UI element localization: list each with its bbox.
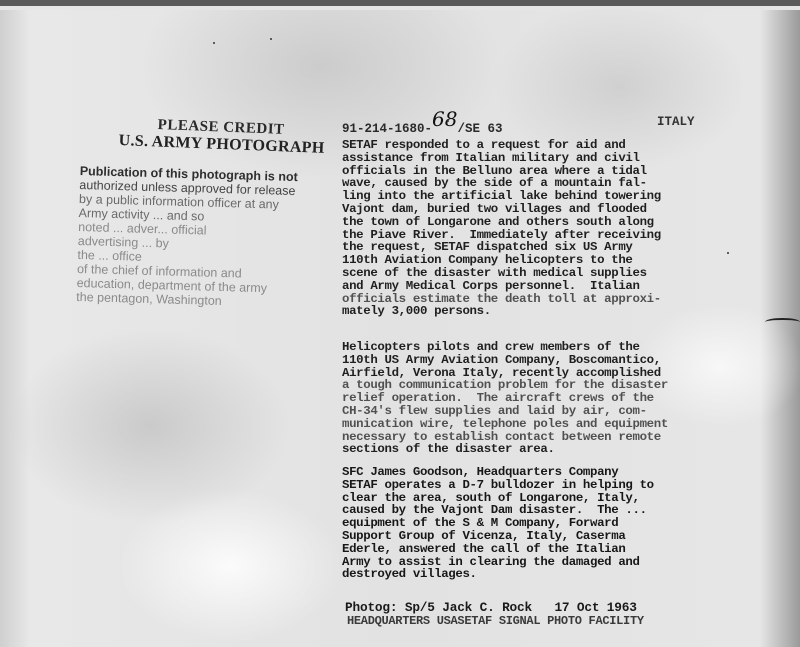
paper-edge-strip xyxy=(0,6,800,10)
caption-line: sections of the disaster area. xyxy=(342,443,668,456)
caption-line: Vajont dam, buried two villages and floo… xyxy=(342,203,661,216)
caption-line: munication wire, telephone poles and equ… xyxy=(342,418,668,431)
caption-line: mately 3,000 persons. xyxy=(342,305,661,318)
caption-line: SETAF responded to a request for aid and xyxy=(342,139,661,152)
caption-line: and Army Medical Corps personnel. Italia… xyxy=(342,280,661,293)
caption-line: SFC James Goodson, Headquarters Company xyxy=(342,466,654,479)
caption-line: the town of Longarone and others south a… xyxy=(342,216,661,229)
reference-suffix: /SE 63 xyxy=(457,122,502,136)
caption-line: SETAF operates a D-7 bulldozer in helpin… xyxy=(342,479,654,492)
caption-paragraph-3: SFC James Goodson, Headquarters CompanyS… xyxy=(342,466,654,581)
dust-speck xyxy=(270,38,272,40)
reference-number: 91-214-1680- xyxy=(342,122,432,136)
reference-number-line: 91-214-1680-68/SE 63 xyxy=(342,113,502,137)
country-label: ITALY xyxy=(657,115,695,129)
caption-line: CH-34's flew supplies and laid by air, c… xyxy=(342,405,668,418)
caption-paragraph-1: SETAF responded to a request for aid and… xyxy=(342,139,661,318)
dust-speck xyxy=(213,42,215,44)
caption-line: scene of the disaster with medical suppl… xyxy=(342,267,661,280)
dust-speck xyxy=(447,120,449,122)
caption-paragraph-2: Helicopters pilots and crew members of t… xyxy=(342,341,668,456)
publication-disclaimer: Publication of this photograph is notaut… xyxy=(76,164,342,311)
caption-line: 110th US Army Aviation Company, Boscoman… xyxy=(342,354,668,367)
caption-line: Support Group of Vicenza, Italy, Caserma xyxy=(342,530,654,543)
handwritten-annotation: 68 xyxy=(432,107,457,131)
caption-line: destroyed villages. xyxy=(342,568,654,581)
caption-line: Ederle, answered the call of the Italian xyxy=(342,543,654,556)
photographer-credit: Photog: Sp/5 Jack C. Rock xyxy=(345,600,532,615)
caption-line: Helicopters pilots and crew members of t… xyxy=(342,341,668,354)
photographer-credit-line: Photog: Sp/5 Jack C. Rock 17 Oct 1963 xyxy=(345,600,637,615)
paper-crease-mark xyxy=(765,318,800,326)
facility-name: HEADQUARTERS USASETAF SIGNAL PHOTO FACIL… xyxy=(347,614,644,628)
dust-speck xyxy=(727,252,729,254)
caption-line: officials estimate the death toll at app… xyxy=(342,293,661,306)
caption-line: necessary to establish contact between r… xyxy=(342,431,668,444)
photo-date: 17 Oct 1963 xyxy=(554,600,636,615)
caption-line: assistance from Italian military and civ… xyxy=(342,152,661,165)
